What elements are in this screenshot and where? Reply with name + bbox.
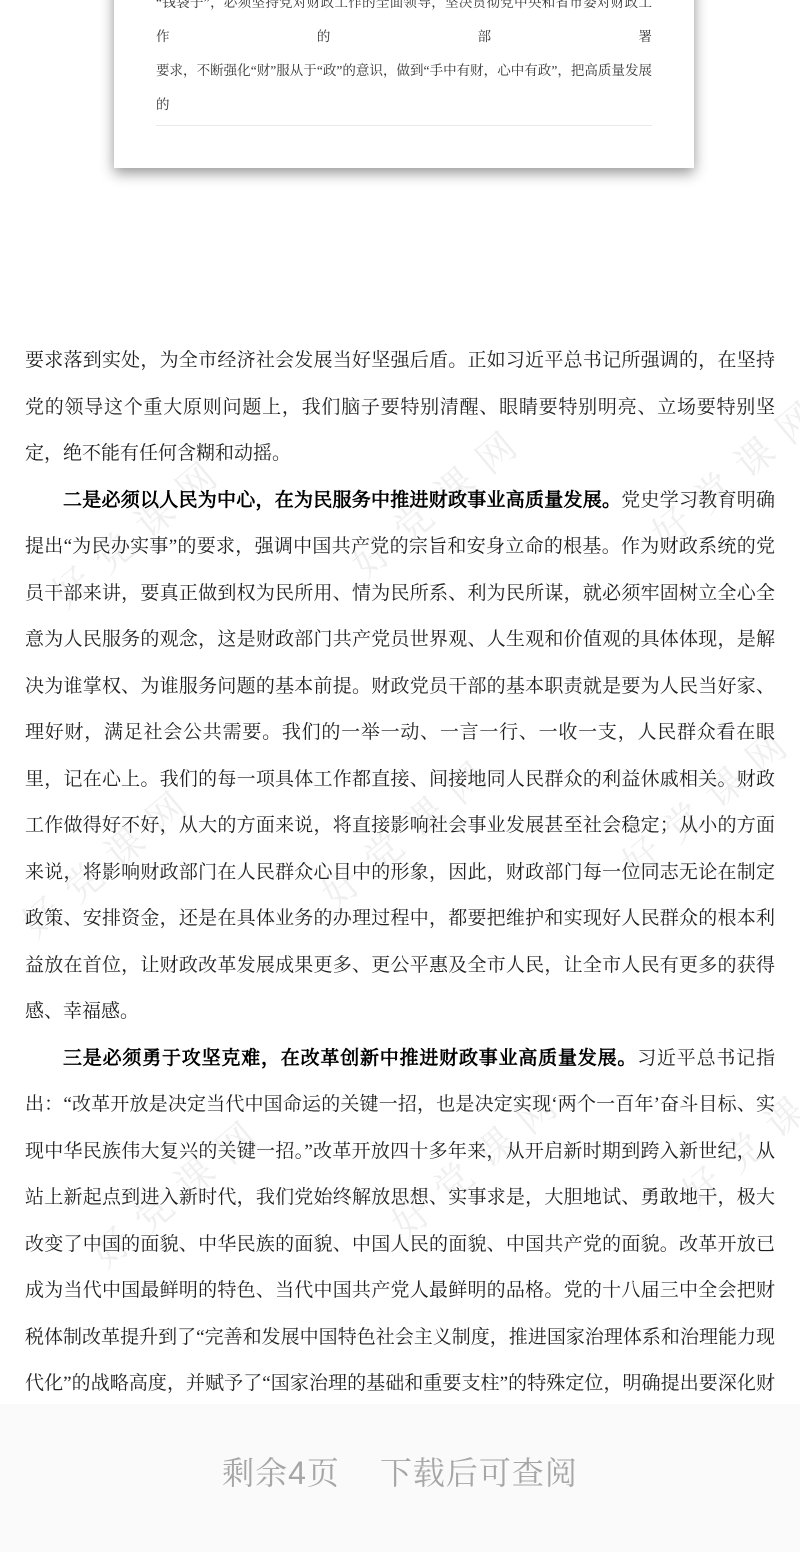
paragraph-lead: 二是必须以人民为中心，在为民服务中推进财政事业高质量发展。: [63, 490, 621, 511]
page-rule-divider: [156, 125, 652, 126]
paragraph-lead: 三是必须勇于攻坚克难，在改革创新中推进财政事业高质量发展。: [63, 1048, 637, 1069]
paragraph-text: 党史学习教育明确提出“为民办实事”的要求，强调中国共产党的宗旨和安身立命的根基。…: [25, 490, 775, 1023]
paragraph-text: 要求落到实处，为全市经济社会发展当好坚强后盾。正如习近平总书记所强调的，在坚持党…: [25, 350, 775, 464]
page-text-line-2: 要求，不断强化“财”服从于“政”的意识，做到“手中有财，心中有政”，把高质量发展…: [156, 54, 652, 122]
document-preview-page: 好党课网 好党课网 好党课网 好党课网 好党课网 好党课网 好党课网 好党课网 …: [0, 0, 800, 1552]
page-text-line-1: “钱袋子”，必须坚持党对财政工作的全面领导，坚决贯彻党中央和省市委对财政工作的部…: [156, 0, 652, 54]
paragraph: 三是必须勇于攻坚克难，在改革创新中推进财政事业高质量发展。习近平总书记指出：“改…: [25, 1036, 775, 1455]
footer-band: 剩余4页 下载后可查阅: [0, 1404, 800, 1552]
paragraph-text: 习近平总书记指出：“改革开放是决定当代中国命运的关键一招，也是决定实现‘两个一百…: [25, 1048, 775, 1441]
paragraph: 二是必须以人民为中心，在为民服务中推进财政事业高质量发展。党史学习教育明确提出“…: [25, 478, 775, 1036]
remaining-pages-label: 剩余4页: [222, 1448, 340, 1494]
paragraph: 要求落到实处，为全市经济社会发展当好坚强后盾。正如习近平总书记所强调的，在坚持党…: [25, 338, 775, 478]
document-body: 要求落到实处，为全市经济社会发展当好坚强后盾。正如习近平总书记所强调的，在坚持党…: [0, 338, 800, 1454]
download-hint-label: 下载后可查阅: [380, 1448, 578, 1494]
previous-page-card: “钱袋子”，必须坚持党对财政工作的全面领导，坚决贯彻党中央和省市委对财政工作的部…: [114, 0, 694, 168]
